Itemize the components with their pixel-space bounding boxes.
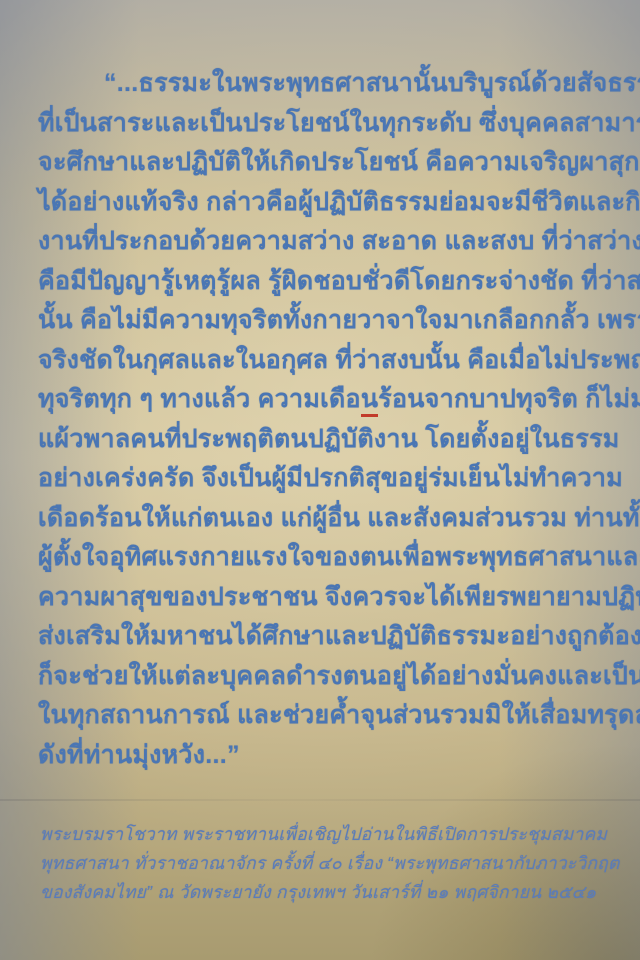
quote-line: ดังที่ท่านมุ่งหวัง...”: [38, 736, 610, 776]
quote-line: ความผาสุขของประชาชน จึงควรจะได้เพียรพยาย…: [38, 578, 610, 618]
attribution-line: พุทธศาสนา ทั่วราชอาณาจักร ครั้งที่ ๔๐ เร…: [40, 849, 612, 878]
quote-line: ผู้ตั้งใจอุทิศแรงกายแรงใจของตนเพื่อพระพุ…: [38, 538, 610, 578]
attribution-line: พระบรมราโชวาท พระราชทานเพื่อเชิญไปอ่านใน…: [40, 820, 612, 849]
red-underline-mark: น: [361, 385, 378, 417]
quote-line: งานที่ประกอบด้วยความสว่าง สะอาด และสงบ ท…: [38, 222, 610, 262]
quote-line: ก็จะช่วยให้แต่ละบุคคลดำรงตนอยู่ได้อย่างม…: [38, 657, 610, 697]
quote-text-segment: ร้อนจากบาปทุจริต ก็ไม่มา: [378, 385, 640, 413]
quote-line: ได้อย่างแท้จริง กล่าวคือผู้ปฏิบัติธรรมย่…: [38, 183, 610, 223]
quote-line: ในทุกสถานการณ์ และช่วยค้ำจุนส่วนรวมมิให้…: [38, 696, 610, 736]
quote-line: จริงชัดในกุศลและในอกุศล ที่ว่าสงบนั้น คื…: [38, 341, 610, 381]
quote-line: เดือดร้อนให้แก่ตนเอง แก่ผู้อื่น และสังคม…: [38, 499, 610, 539]
quote-line: จะศึกษาและปฏิบัติให้เกิดประโยชน์ คือความ…: [38, 143, 610, 183]
attribution-block: พระบรมราโชวาท พระราชทานเพื่อเชิญไปอ่านใน…: [40, 820, 612, 907]
quote-line: ส่งเสริมให้มหาชนได้ศึกษาและปฏิบัติธรรมะอ…: [38, 617, 610, 657]
quote-line: นั้น คือไม่มีความทุจริตทั้งกายวาจาใจมาเก…: [38, 301, 610, 341]
quote-text-segment: ทุจริตทุก ๆ ทางแล้ว ความเดือ: [38, 385, 361, 413]
quote-block: “...ธรรมะในพระพุทธศาสนานั้นบริบูรณ์ด้วยส…: [38, 64, 610, 775]
quote-line-with-red-mark: ทุจริตทุก ๆ ทางแล้ว ความเดือนร้อนจากบาปท…: [38, 380, 610, 420]
quote-line: แผ้วพาลคนที่ประพฤติตนปฏิบัติงาน โดยตั้งอ…: [38, 420, 610, 460]
attribution-line: ของสังคมไทย” ณ วัดพระยายัง กรุงเทพฯ วันเ…: [40, 878, 612, 907]
quote-line: อย่างเคร่งครัด จึงเป็นผู้มีปรกติสุขอยู่ร…: [38, 459, 610, 499]
quote-line: ที่เป็นสาระและเป็นประโยชน์ในทุกระดับ ซึ่…: [38, 104, 610, 144]
poster-photo: “...ธรรมะในพระพุทธศาสนานั้นบริบูรณ์ด้วยส…: [0, 0, 640, 960]
quote-line: “...ธรรมะในพระพุทธศาสนานั้นบริบูรณ์ด้วยส…: [38, 64, 610, 104]
quote-line: คือมีปัญญารู้เหตุรู้ผล รู้ผิดชอบชั่วดีโด…: [38, 262, 610, 302]
paper-crease-shadow: [0, 799, 640, 801]
